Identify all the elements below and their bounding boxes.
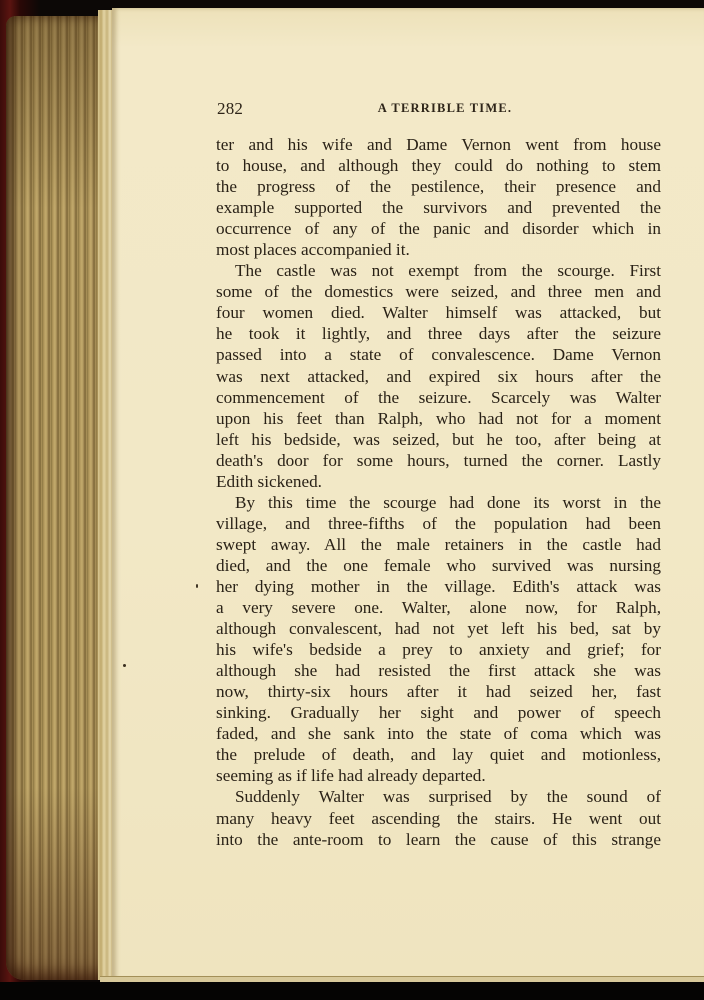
paragraph: By this time the scourge had done its wo… [216,492,661,787]
text-line: into the ante-room to learn the cause of… [216,829,661,850]
text-line: some of the domestics were seized, and t… [216,281,661,302]
text-line: commencement of the seizure. Scarcely wa… [216,387,661,408]
text-line: the progress of the pestilence, their pr… [216,176,661,197]
text-line: a very severe one. Walter, alone now, fo… [216,597,661,618]
text-line: Suddenly Walter was surprised by the sou… [216,786,661,807]
running-head: 282 A TERRIBLE TIME. [217,99,663,121]
text-line: the prelude of death, and lay quiet and … [216,744,661,765]
text-line: seeming as if life had already departed. [216,765,661,786]
text-line: although she had resisted the first atta… [216,660,661,681]
text-line: died, and the one female who survived wa… [216,555,661,576]
text-line: most places accompanied it. [216,239,661,260]
paragraph: The castle was not exempt from the scour… [216,260,661,492]
scan-bottom-border [0,982,704,1000]
text-line: occurrence of any of the panic and disor… [216,218,661,239]
text-line: now, thirty-six hours after it had seize… [216,681,661,702]
text-line: left his bedside, was seized, but he too… [216,429,661,450]
text-line: his wife's bedside a prey to anxiety and… [216,639,661,660]
text-line: example supported the survivors and prev… [216,197,661,218]
text-line: four women died. Walter himself was atta… [216,302,661,323]
text-line: many heavy feet ascending the stairs. He… [216,808,661,829]
text-line: village, and three-fifths of the populat… [216,513,661,534]
text-line: to house, and although they could do not… [216,155,661,176]
paragraph: Suddenly Walter was surprised by the sou… [216,786,661,849]
text-line: sinking. Gradually her sight and power o… [216,702,661,723]
text-line: her dying mother in the village. Edith's… [216,576,661,597]
text-line: he took it lightly, and three days after… [216,323,661,344]
margin-speck [123,664,126,667]
body-text: ter and his wife and Dame Vernon went fr… [216,134,661,850]
text-line: The castle was not exempt from the scour… [216,260,661,281]
text-line: swept away. All the male retainers in th… [216,534,661,555]
text-line: ter and his wife and Dame Vernon went fr… [216,134,661,155]
paragraph: ter and his wife and Dame Vernon went fr… [216,134,661,260]
text-line: was next attacked, and expired six hours… [216,366,661,387]
text-line: By this time the scourge had done its wo… [216,492,661,513]
text-line: passed into a state of convalescence. Da… [216,344,661,365]
running-title: A TERRIBLE TIME. [217,101,663,116]
text-line: Edith sickened. [216,471,661,492]
text-line: faded, and she sank into the state of co… [216,723,661,744]
text-line: upon his feet than Ralph, who had not fo… [216,408,661,429]
text-line: death's door for some hours, turned the … [216,450,661,471]
text-line: although convalescent, had not yet left … [216,618,661,639]
margin-speck [196,584,198,588]
